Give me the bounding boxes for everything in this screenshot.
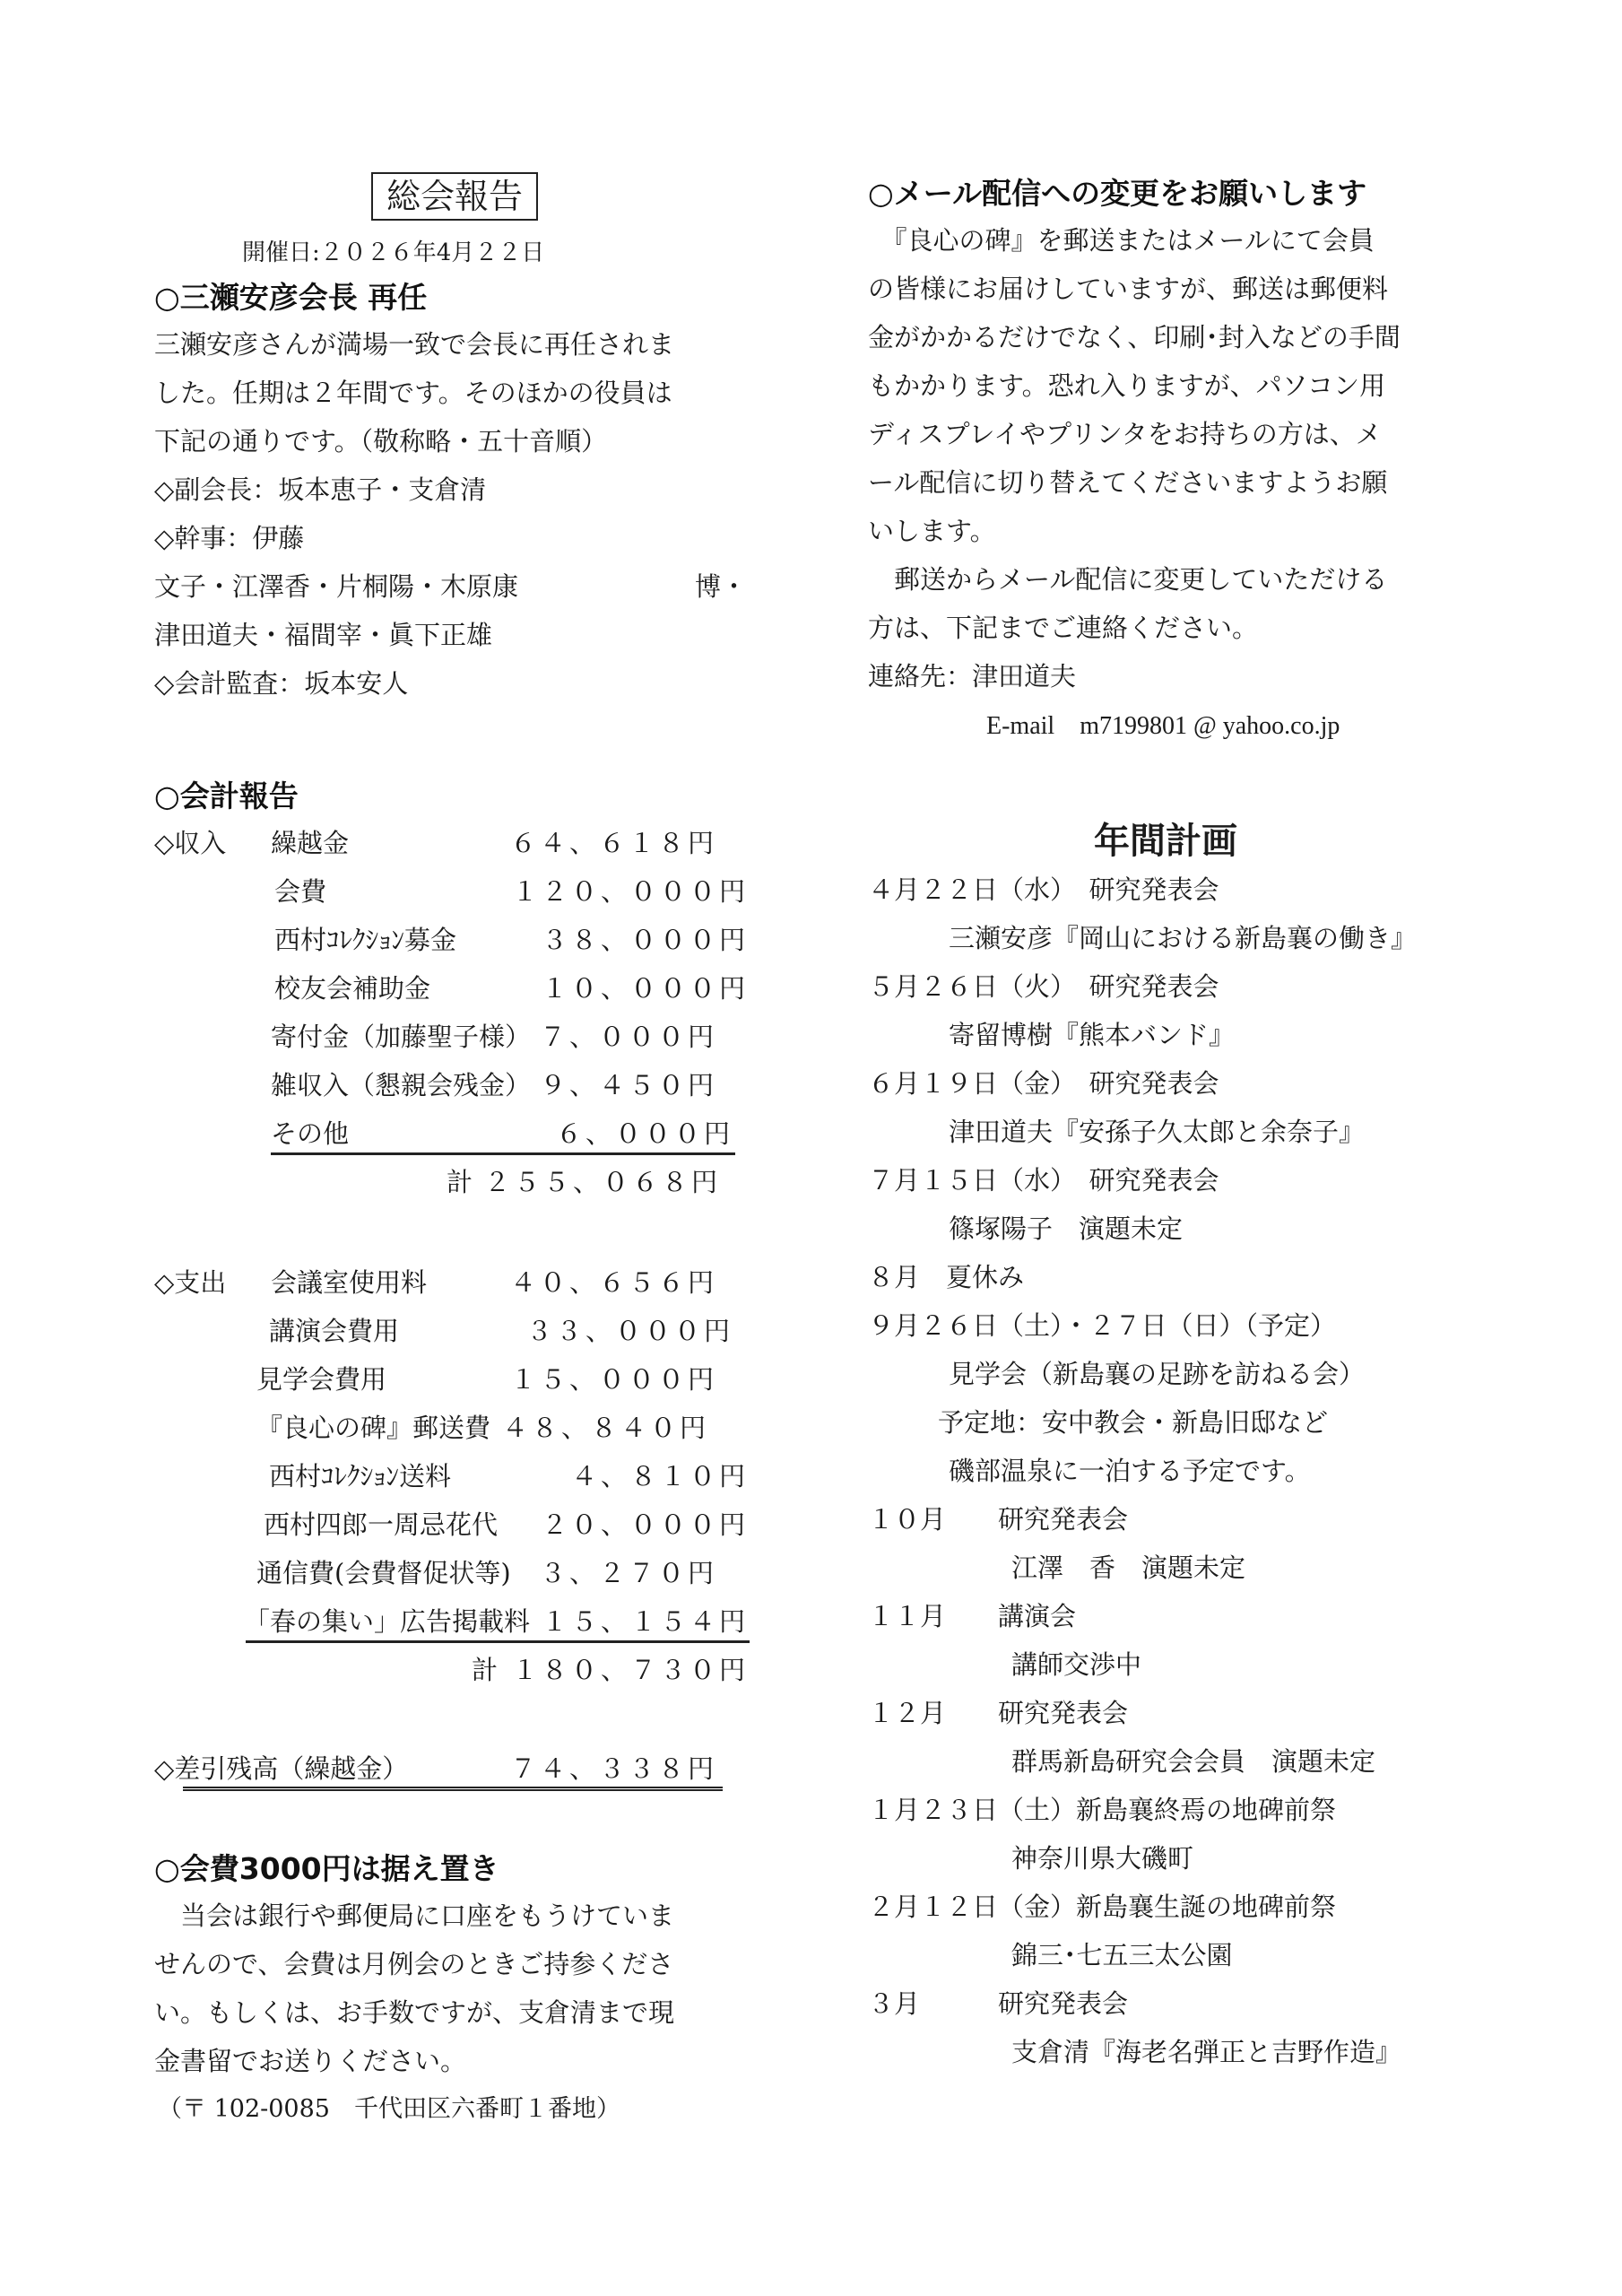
- plan-detail-line: 見学会（新島襄の足跡を訪ねる会）: [949, 1356, 1365, 1392]
- secretary-names-tail: 博・: [695, 569, 747, 604]
- contact-line: 連絡先：津田道夫: [868, 658, 1076, 694]
- expense-item-amount: ３、２７０円: [502, 1555, 717, 1591]
- body-line: せんので、会費は月例会のときご持参くださ: [154, 1946, 673, 1982]
- expense-item-amount: １５、０００円: [502, 1361, 717, 1397]
- income-item-label: 寄付金（加藤聖子様）: [271, 1019, 531, 1055]
- expense-item-amount: ４８、８４０円: [502, 1410, 704, 1446]
- plan-detail-line: 錦三･七五三太公園: [1011, 1937, 1233, 1973]
- body-line: 金がかかるだけでなく、印刷･封入などの手間: [868, 319, 1401, 355]
- income-item-label: 雑収入（懇親会残金）: [271, 1067, 531, 1103]
- income-item-amount: ６４、６１８円: [502, 825, 717, 861]
- plan-detail-line: 講師交渉中: [1011, 1647, 1141, 1683]
- plan-date-line: ７月１５日（水） 研究発表会: [868, 1162, 1219, 1198]
- expense-total-label: 計: [472, 1652, 498, 1688]
- body-line: 『良心の碑』を郵送またはメールにて会員: [868, 222, 1375, 258]
- plan-detail-line: 磯部温泉に一泊する予定です。: [949, 1453, 1311, 1489]
- income-item-label: 校友会補助金: [274, 970, 430, 1006]
- body-line: した。任期は２年間です。そのほかの役員は: [154, 375, 672, 411]
- body-line: ディスプレイやプリンタをお持ちの方は、メ: [868, 416, 1382, 452]
- expense-item-amount: ４、８１０円: [502, 1458, 749, 1494]
- section-heading-accounting: ○会計報告: [154, 777, 299, 816]
- plan-date-line: ２月１２日（金）新島襄生誕の地碑前祭: [868, 1889, 1336, 1925]
- income-item-label: 会費: [274, 874, 326, 909]
- auditor-line: ◇会計監査：坂本安人: [154, 665, 408, 701]
- expense-item-label: 『良心の碑』郵送費: [256, 1410, 490, 1446]
- income-label: ◇収入: [154, 825, 226, 861]
- body-line: 下記の通りです。（敬称略・五十音順）: [154, 423, 607, 459]
- body-line: 郵送からメール配信に変更していただける: [868, 561, 1387, 597]
- income-item-amount: ９、４５０円: [502, 1067, 717, 1103]
- income-total-label: 計: [447, 1164, 473, 1200]
- body-line: 当会は銀行や郵便局に口座をもうけていま: [154, 1898, 674, 1934]
- expense-item-label: 西村四郎一周忌花代: [264, 1507, 498, 1543]
- income-item-label: その他: [271, 1116, 349, 1152]
- plan-detail-line: 支倉清『海老名弾正と吉野作造』: [1011, 2034, 1401, 2070]
- plan-detail-line: 篠塚陽子 演題未定: [949, 1211, 1183, 1247]
- secretary-names-line: 文子・江澤香・片桐陽・木原康: [154, 569, 518, 604]
- income-item-label: 繰越金: [271, 825, 349, 861]
- meeting-date: 開催日:２０２６年4月２２日: [242, 235, 544, 271]
- annual-plan-title: 年間計画: [1058, 816, 1273, 866]
- plan-detail-line: 神奈川県大磯町: [1011, 1840, 1193, 1876]
- body-line: 三瀬安彦さんが満場一致で会長に再任されま: [154, 326, 674, 362]
- secretary-names-line: 津田道夫・福間宰・眞下正雄: [154, 617, 492, 653]
- balance-amount: ７４、３３８円: [502, 1751, 717, 1787]
- postal-address: （〒 102-0085 千代田区六番町１番地）: [158, 2092, 620, 2127]
- expense-subtotal-rule: [246, 1640, 750, 1643]
- plan-detail-line: 津田道夫『安孫子久太郎と余奈子』: [949, 1114, 1365, 1150]
- expense-label: ◇支出: [154, 1265, 226, 1300]
- plan-detail-line: 江澤 香 演題未定: [1011, 1550, 1245, 1586]
- balance-double-rule: [183, 1787, 723, 1791]
- plan-date-line: ８月 夏休み: [868, 1259, 1024, 1295]
- body-line: ール配信に切り替えてくださいますようお願: [868, 465, 1387, 500]
- income-item-amount: ７、０００円: [502, 1019, 717, 1055]
- expense-item-label: 講演会費用: [269, 1313, 399, 1349]
- email-address[interactable]: E-mail m7199801 @ yahoo.co.jp: [986, 709, 1340, 744]
- vice-president-line: ◇副会長：坂本恵子・支倉清: [154, 472, 486, 508]
- expense-item-amount: ４０、６５６円: [502, 1265, 717, 1300]
- income-item-label: 西村ｺﾚｸｼｮﾝ募金: [274, 922, 456, 958]
- body-line: の皆様にお届けしていますが、郵送は郵便料: [868, 271, 1388, 307]
- expense-item-amount: ３３、０００円: [502, 1313, 733, 1349]
- plan-date-line: １０月 研究発表会: [868, 1501, 1128, 1537]
- expense-item-label: 西村ｺﾚｸｼｮﾝ送料: [269, 1458, 451, 1494]
- plan-date-line: ６月１９日（金） 研究発表会: [868, 1065, 1219, 1101]
- expense-item-amount: １５、１５４円: [502, 1604, 749, 1639]
- page-title: 総会報告: [371, 172, 538, 221]
- expense-item-label: 通信費(会費督促状等): [256, 1555, 511, 1591]
- body-line: もかかります。恐れ入りますが、パソコン用: [868, 368, 1385, 404]
- balance-label: ◇差引残高（繰越金）: [154, 1751, 408, 1787]
- income-subtotal-rule: [271, 1152, 735, 1155]
- expense-item-label: 見学会費用: [256, 1361, 386, 1397]
- body-line: 金書留でお送りください。: [154, 2043, 466, 2079]
- plan-date-line: ３月 研究発表会: [868, 1986, 1128, 2022]
- income-item-amount: １２０、０００円: [502, 874, 749, 909]
- plan-date-line: １２月 研究発表会: [868, 1695, 1128, 1731]
- expense-item-label: 「春の集い」広告掲載料: [244, 1604, 530, 1639]
- secretary-line: ◇幹事：伊藤: [154, 520, 304, 556]
- plan-detail-line: 寄留博樹『熊本バンド』: [949, 1017, 1235, 1053]
- section-heading-mail: ○メール配信への変更をお願いします: [868, 174, 1366, 213]
- plan-date-line: ４月２２日（水） 研究発表会: [868, 872, 1219, 908]
- income-item-amount: ６、０００円: [502, 1116, 733, 1152]
- plan-date-line: １１月 講演会: [868, 1598, 1076, 1634]
- expense-item-label: 会議室使用料: [271, 1265, 427, 1300]
- plan-date-line: １月２３日（土）新島襄終焉の地碑前祭: [868, 1792, 1336, 1828]
- expense-total-amount: １８０、７３０円: [502, 1652, 749, 1688]
- body-line: 方は、下記までご連絡ください。: [868, 610, 1258, 646]
- section-heading-fee: ○会費3000円は据え置き: [154, 1849, 499, 1889]
- section-heading-president: ○三瀬安彦会長 再任: [154, 278, 427, 317]
- income-item-amount: ３８、０００円: [502, 922, 749, 958]
- plan-detail-line: 群馬新島研究会会員 演題未定: [1011, 1744, 1375, 1779]
- plan-detail-line: 予定地：安中教会・新島旧邸など: [938, 1405, 1328, 1440]
- plan-detail-line: 三瀬安彦『岡山における新島襄の働き』: [949, 920, 1417, 956]
- plan-date-line: ５月２６日（火） 研究発表会: [868, 969, 1219, 1004]
- body-line: い。もしくは、お手数ですが、支倉清まで現: [154, 1995, 674, 2031]
- income-item-amount: １０、０００円: [502, 970, 749, 1006]
- plan-date-line: ９月２６日（土）・２７日（日）（予定）: [868, 1308, 1336, 1344]
- expense-item-amount: ２０、０００円: [502, 1507, 749, 1543]
- income-total-amount: ２５５、０６８円: [484, 1164, 717, 1200]
- body-line: いします。: [868, 513, 996, 549]
